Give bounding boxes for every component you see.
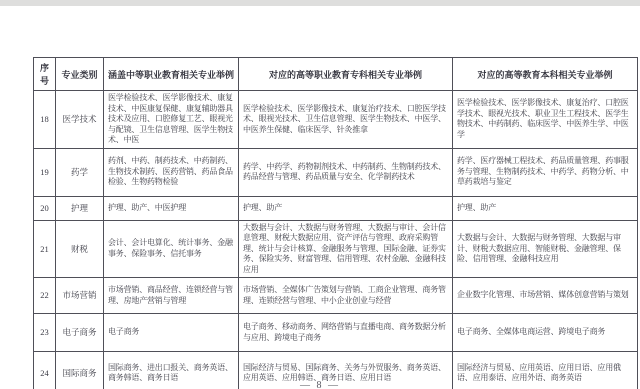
secondary-majors-cell: 电子商务 bbox=[104, 314, 239, 352]
table-row: 20 护理 护理、助产、中医护理 护理、助产 护理、助产 bbox=[34, 196, 638, 220]
college-majors-cell: 电子商务、移动商务、网络营销与直播电商、商务数据分析与应用、跨境电子商务 bbox=[239, 314, 453, 352]
table-row: 21 财税 会计、会计电算化、统计事务、金融事务、保险事务、信托事务 大数据与会… bbox=[34, 220, 638, 278]
row-number-cell: 18 bbox=[34, 91, 56, 149]
secondary-majors-cell: 药剂、中药、制药技术、中药制药、生物技术制药、医药营销、药品食品检验、生物药物检… bbox=[104, 148, 239, 196]
college-majors-cell: 医学检验技术、医学影像技术、康复治疗技术、口腔医学技术、眼视光技术、卫生信息管理… bbox=[239, 91, 453, 149]
college-majors-cell: 药学、中药学、药物制剂技术、中药制药、生物制药技术、药品经营与管理、药品质量与安… bbox=[239, 148, 453, 196]
header-cell-bachelor: 对应的高等教育本科相关专业举例 bbox=[453, 58, 638, 91]
bachelor-majors-cell: 医学检验技术、医学影像技术、康复治疗、口腔医学技术、眼视光技术、职业卫生工程技术… bbox=[453, 91, 638, 149]
category-cell: 医学技术 bbox=[56, 91, 104, 149]
secondary-majors-cell: 护理、助产、中医护理 bbox=[104, 196, 239, 220]
bachelor-majors-cell: 电子商务、全媒体电商运营、跨境电子商务 bbox=[453, 314, 638, 352]
header-cell-college: 对应的高等职业教育专科相关专业举例 bbox=[239, 58, 453, 91]
major-correspondence-table: 序号 专业类别 涵盖中等职业教育相关专业举例 对应的高等职业教育专科相关专业举例… bbox=[33, 57, 638, 389]
secondary-majors-cell: 市场营销、商品经营、连锁经营与管理、房地产营销与管理 bbox=[104, 278, 239, 314]
row-number-cell: 21 bbox=[34, 220, 56, 278]
header-cell-secondary: 涵盖中等职业教育相关专业举例 bbox=[104, 58, 239, 91]
college-majors-cell: 大数据与会计、大数据与财务管理、大数据与审计、会计信息管理、财税大数据应用、资产… bbox=[239, 220, 453, 278]
bachelor-majors-cell: 企业数字化管理、市场营销、媒体创意营销与策划 bbox=[453, 278, 638, 314]
table-row: 18 医学技术 医学检验技术、医学影像技术、康复技术、中医康复保健、康复辅助器具… bbox=[34, 91, 638, 149]
college-majors-cell: 市场营销、全媒体广告策划与营销、工商企业管理、商务管理、连锁经营与管理、中小企业… bbox=[239, 278, 453, 314]
college-majors-cell: 护理、助产 bbox=[239, 196, 453, 220]
scan-edge-strip bbox=[0, 0, 640, 6]
bachelor-majors-cell: 护理、助产 bbox=[453, 196, 638, 220]
category-cell: 市场营销 bbox=[56, 278, 104, 314]
table-row: 23 电子商务 电子商务 电子商务、移动商务、网络营销与直播电商、商务数据分析与… bbox=[34, 314, 638, 352]
table-row: 22 市场营销 市场营销、商品经营、连锁经营与管理、房地产营销与管理 市场营销、… bbox=[34, 278, 638, 314]
row-number-cell: 20 bbox=[34, 196, 56, 220]
row-number-cell: 22 bbox=[34, 278, 56, 314]
category-cell: 护理 bbox=[56, 196, 104, 220]
row-number-cell: 19 bbox=[34, 148, 56, 196]
page-number: — 8 — bbox=[0, 380, 640, 389]
table-row: 19 药学 药剂、中药、制药技术、中药制药、生物技术制药、医药营销、药品食品检验… bbox=[34, 148, 638, 196]
secondary-majors-cell: 医学检验技术、医学影像技术、康复技术、中医康复保健、康复辅助器具技术及应用、口腔… bbox=[104, 91, 239, 149]
bachelor-majors-cell: 药学、医疗器械工程技术、药品质量管理、药事服务与管理、生物制药技术、中药学、药物… bbox=[453, 148, 638, 196]
header-cell-category: 专业类别 bbox=[56, 58, 104, 91]
header-cell-no: 序号 bbox=[34, 58, 56, 91]
category-cell: 财税 bbox=[56, 220, 104, 278]
category-cell: 电子商务 bbox=[56, 314, 104, 352]
bachelor-majors-cell: 大数据与会计、大数据与财务管理、大数据与审计、财税大数据应用、智能财税、金融管理… bbox=[453, 220, 638, 278]
category-cell: 药学 bbox=[56, 148, 104, 196]
table-header-row: 序号 专业类别 涵盖中等职业教育相关专业举例 对应的高等职业教育专科相关专业举例… bbox=[34, 58, 638, 91]
secondary-majors-cell: 会计、会计电算化、统计事务、金融事务、保险事务、信托事务 bbox=[104, 220, 239, 278]
row-number-cell: 23 bbox=[34, 314, 56, 352]
